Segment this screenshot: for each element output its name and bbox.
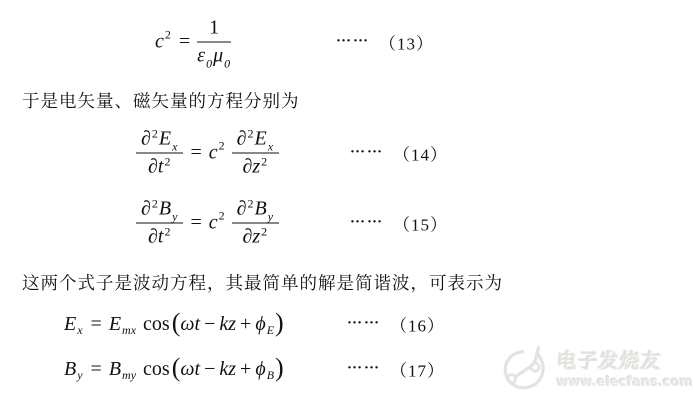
subscript-x: x: [171, 140, 178, 154]
math-symbol-z: z: [228, 313, 236, 336]
equation-label: （16）: [390, 312, 445, 337]
math-symbol-B: B: [64, 358, 76, 381]
subscript-y: y: [76, 368, 83, 383]
equation-label: （13）: [379, 30, 434, 55]
plus-sign: +: [240, 313, 251, 336]
fraction: ∂2Ex ∂z2: [232, 128, 279, 179]
subscript-E: E: [266, 323, 275, 338]
ellipsis-dots: ……: [350, 211, 384, 228]
partial-symbol: ∂: [237, 128, 247, 150]
superscript-2: 2: [163, 155, 171, 169]
superscript-2: 2: [151, 197, 159, 211]
math-symbol-k: k: [219, 313, 228, 336]
watermark-url: www.elecfans.com: [557, 375, 693, 390]
fraction: ∂2By ∂z2: [232, 198, 279, 249]
superscript-2: 2: [260, 225, 268, 239]
partial-symbol: ∂: [242, 226, 252, 248]
superscript-2: 2: [164, 28, 172, 43]
math-symbol-B: B: [109, 358, 121, 381]
plus-sign: +: [240, 358, 251, 381]
math-symbol-omega: ω: [180, 358, 194, 381]
left-paren: (: [172, 308, 181, 338]
superscript-2: 2: [247, 127, 255, 141]
math-symbol-E: E: [255, 128, 267, 150]
minus-sign: −: [204, 358, 215, 381]
fraction-numerator: ∂2Ex: [232, 128, 279, 154]
partial-symbol: ∂: [148, 156, 158, 178]
ellipsis-dots: ……: [336, 30, 370, 47]
math-symbol-z: z: [252, 226, 260, 248]
math-symbol-c: c: [155, 31, 164, 54]
subscript-y: y: [171, 210, 178, 224]
math-symbol-mu: μ: [213, 45, 223, 67]
partial-symbol: ∂: [242, 156, 252, 178]
ellipsis-dots: ……: [350, 141, 384, 158]
fraction-denominator: ∂t2: [136, 224, 183, 249]
fraction: ∂2By ∂t2: [136, 198, 183, 249]
elecfans-logo-icon: [499, 339, 553, 395]
fraction-numerator: ∂2Ex: [136, 128, 183, 154]
minus-sign: −: [204, 313, 215, 336]
equals-sign: =: [91, 313, 102, 336]
subscript-0: 0: [223, 57, 231, 71]
superscript-2: 2: [151, 127, 159, 141]
ellipsis-dots: ……: [347, 357, 381, 374]
equation-15-row: ∂2By ∂t2 = c2 ∂2By ∂z2 …… （15）: [0, 192, 693, 254]
math-symbol-E: E: [64, 313, 76, 336]
equation-17-number: …… （17）: [347, 357, 445, 382]
math-symbol-phi: ϕ: [255, 313, 265, 336]
math-symbol-c: c: [209, 142, 218, 165]
equation-17: By = Bmy cos(ωt − kz + ϕB): [64, 354, 284, 384]
fraction: ∂2Ex ∂t2: [136, 128, 183, 179]
equation-14-number: …… （14）: [350, 141, 448, 166]
math-symbol-B: B: [159, 198, 171, 220]
cosine-function: cos: [143, 313, 170, 336]
equals-sign: =: [91, 358, 102, 381]
superscript-2: 2: [163, 225, 171, 239]
math-symbol-B: B: [255, 198, 267, 220]
watermark-brand: 电子发烧友: [555, 345, 663, 374]
math-symbol-k: k: [219, 358, 228, 381]
math-symbol-t: t: [195, 313, 201, 336]
superscript-2: 2: [260, 155, 268, 169]
partial-symbol: ∂: [141, 128, 151, 150]
equation-16: Ex = Emx cos(ωt − kz + ϕE): [64, 309, 284, 339]
math-symbol-omega: ω: [180, 313, 194, 336]
cosine-function: cos: [143, 358, 170, 381]
math-symbol-E: E: [109, 313, 121, 336]
right-paren: ): [275, 308, 284, 338]
math-symbol-epsilon: ε: [197, 45, 205, 67]
partial-symbol: ∂: [148, 226, 158, 248]
equation-16-number: …… （16）: [347, 312, 445, 337]
equals-sign: =: [190, 142, 201, 165]
fraction-numerator: ∂2By: [136, 198, 183, 224]
subscript-mx: mx: [121, 323, 137, 338]
superscript-2: 2: [247, 197, 255, 211]
equation-16-row: Ex = Emx cos(ωt − kz + ϕE) …… （16）: [0, 305, 693, 343]
equals-sign: =: [190, 212, 201, 235]
equation-14-row: ∂2Ex ∂t2 = c2 ∂2Ex ∂z2 …… （14）: [0, 122, 693, 184]
equation-label: （15）: [393, 211, 448, 236]
fraction-denominator: ∂z2: [232, 154, 279, 179]
subscript-y: y: [267, 210, 274, 224]
partial-symbol: ∂: [141, 198, 151, 220]
math-symbol-t: t: [195, 358, 201, 381]
superscript-2: 2: [218, 139, 226, 154]
fraction-numerator: 1: [197, 17, 231, 43]
equation-15-number: …… （15）: [350, 211, 448, 236]
equals-sign: =: [179, 31, 190, 54]
equation-label: （14）: [393, 141, 448, 166]
fraction-denominator: ε0μ0: [197, 43, 231, 68]
subscript-x: x: [76, 323, 83, 338]
math-symbol-z: z: [252, 156, 260, 178]
watermark-text: 电子发烧友 www.elecfans.com: [557, 345, 693, 390]
equation-14: ∂2Ex ∂t2 = c2 ∂2Ex ∂z2: [136, 128, 279, 179]
math-symbol-E: E: [159, 128, 171, 150]
subscript-0: 0: [205, 57, 213, 71]
left-paren: (: [172, 353, 181, 383]
fraction: 1 ε0μ0: [197, 17, 231, 68]
math-symbol-phi: ϕ: [255, 358, 265, 381]
superscript-2: 2: [218, 209, 226, 224]
subscript-x: x: [267, 140, 274, 154]
equation-13-number: …… （13）: [336, 30, 434, 55]
fraction-denominator: ∂t2: [136, 154, 183, 179]
paragraph-wave-equation-solution: 这两个式子是波动方程，其最简单的解是简谐波，可表示为: [22, 270, 503, 295]
paragraph-electric-magnetic-vectors: 于是电矢量、磁矢量的方程分别为: [22, 88, 300, 113]
document-page: c2 = 1 ε0μ0 …… （13） 于是电矢量、磁矢量的方程分别为 ∂2Ex…: [0, 0, 693, 397]
fraction-numerator: ∂2By: [232, 198, 279, 224]
equation-13: c2 = 1 ε0μ0: [155, 17, 231, 68]
right-paren: ): [275, 353, 284, 383]
math-symbol-c: c: [209, 212, 218, 235]
equation-13-row: c2 = 1 ε0μ0 …… （13）: [0, 12, 693, 72]
partial-symbol: ∂: [237, 198, 247, 220]
equation-label: （17）: [390, 357, 445, 382]
ellipsis-dots: ……: [347, 312, 381, 329]
fraction-denominator: ∂z2: [232, 224, 279, 249]
elecfans-watermark: 电子发烧友 www.elecfans.com: [499, 339, 693, 395]
subscript-my: my: [121, 368, 137, 383]
subscript-B: B: [266, 368, 275, 383]
equation-15: ∂2By ∂t2 = c2 ∂2By ∂z2: [136, 198, 279, 249]
math-symbol-z: z: [228, 358, 236, 381]
